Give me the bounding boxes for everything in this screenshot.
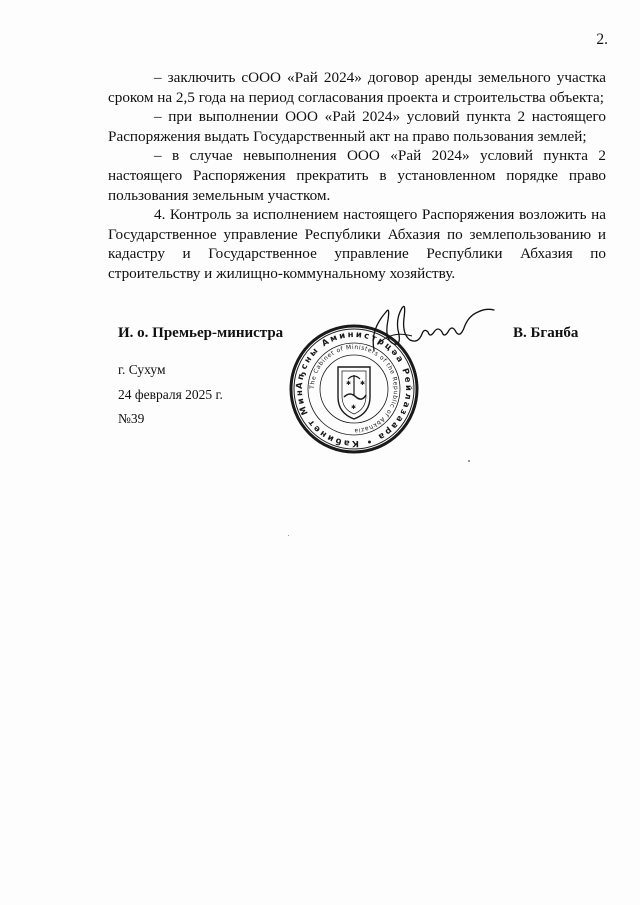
scan-speck: [288, 535, 289, 536]
paragraph-lease-agreement: – заключить сООО «Рай 2024» договор арен…: [108, 68, 606, 107]
paragraph-issue-state-act: – при выполнении ООО «Рай 2024» условий …: [108, 107, 606, 146]
paragraph-termination: – в случае невыполнения ООО «Рай 2024» у…: [108, 146, 606, 205]
svg-text:✱: ✱: [346, 380, 351, 387]
issue-city: г. Сухум: [118, 362, 166, 378]
document-page: 2. – заключить сООО «Рай 2024» договор а…: [0, 0, 640, 905]
scan-speck: [468, 460, 470, 462]
signatory-title: И. о. Премьер-министра: [118, 325, 283, 342]
issue-date: 24 февраля 2025 г.: [118, 387, 223, 403]
svg-text:✱: ✱: [351, 404, 356, 411]
handwritten-signature-icon: [368, 300, 498, 360]
paragraph-control-clause: 4. Контроль за исполнением настоящего Ра…: [108, 205, 606, 283]
document-body: – заключить сООО «Рай 2024» договор арен…: [108, 68, 606, 284]
svg-text:✱: ✱: [360, 380, 365, 387]
page-number: 2.: [596, 31, 608, 49]
document-number: №39: [118, 411, 144, 427]
signatory-name: В. Бганба: [513, 325, 578, 342]
